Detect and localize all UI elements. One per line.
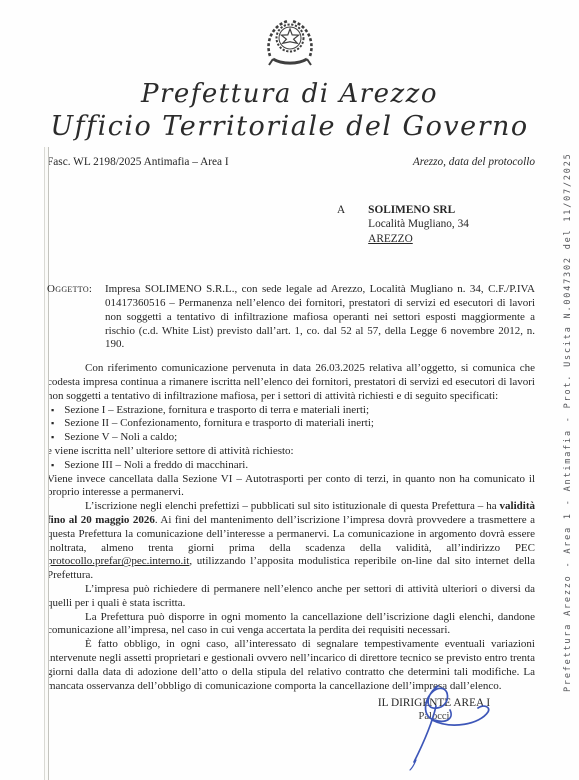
scanned-letter-page: Prefettura Arezzo - Area 1 - Antimafia -… [0, 0, 579, 780]
list-item: ▪ Sezione III – Noli a freddo di macchin… [47, 459, 535, 473]
paragraph: La Prefettura può disporre in ogni momen… [47, 611, 535, 639]
paragraph: e viene iscritta nell’ ulteriore settore… [47, 445, 535, 459]
list-item-text: Sezione II – Confezionamento, fornitura … [64, 417, 374, 431]
subject-block: Oggetto: Impresa SOLIMENO S.R.L., con se… [47, 283, 535, 352]
file-reference: Fasc. WL 2198/2025 Antimafia – Area I [47, 156, 229, 170]
bullet-icon: ▪ [51, 431, 54, 445]
recipient-address: SOLIMENO SRL Località Mugliano, 34 AREZZ… [368, 203, 469, 247]
paragraph: Viene invece cancellata dalla Sezione VI… [47, 473, 535, 501]
org-name-line2: Ufficio Territoriale del Governo [0, 111, 579, 142]
recipient-street: Località Mugliano, 34 [368, 217, 469, 232]
recipient-city: AREZZO [368, 232, 469, 247]
signer-role: IL DIRIGENTE AREA I [360, 697, 508, 710]
signature-block: IL DIRIGENTE AREA I Palocci [360, 697, 508, 723]
org-name-line1: Prefettura di Arezzo [0, 79, 579, 109]
letter-body: Con riferimento comunicazione pervenuta … [47, 362, 535, 693]
place-and-date: Arezzo, data del protocollo [413, 156, 535, 170]
recipient-to-label: A [337, 203, 345, 247]
paragraph: L’impresa può richiedere di permanere ne… [47, 583, 535, 611]
list-item-text: Sezione V – Noli a caldo; [64, 431, 177, 445]
handwritten-signature-icon [392, 680, 507, 777]
scan-fold-line [44, 147, 49, 780]
subject-text: Impresa SOLIMENO S.R.L., con sede legale… [105, 283, 535, 350]
pec-email-text: protocollo.prefar@pec.interno.it [47, 555, 189, 567]
bullet-icon: ▪ [51, 417, 54, 431]
italian-republic-emblem-icon [0, 16, 579, 73]
bullet-icon: ▪ [51, 404, 54, 418]
list-item: ▪ Sezione I – Estrazione, fornitura e tr… [47, 404, 535, 418]
paragraph-validity: L’iscrizione negli elenchi prefettizi – … [47, 500, 535, 583]
letter-content: Fasc. WL 2198/2025 Antimafia – Area I Ar… [47, 156, 535, 693]
paragraph: È fatto obbligo, in ogni caso, all’inter… [47, 638, 535, 693]
protocol-stamp-text: Prefettura Arezzo - Area 1 - Antimafia -… [563, 150, 573, 692]
paragraph-text: L’iscrizione negli elenchi prefettizi – … [85, 500, 500, 512]
recipient-name: SOLIMENO SRL [368, 203, 469, 218]
bullet-icon: ▪ [51, 459, 54, 473]
protocol-stamp: Prefettura Arezzo - Area 1 - Antimafia -… [563, 150, 576, 692]
list-item: ▪ Sezione II – Confezionamento, fornitur… [47, 417, 535, 431]
list-item: ▪ Sezione V – Noli a caldo; [47, 431, 535, 445]
list-item-text: Sezione I – Estrazione, fornitura e tras… [64, 404, 369, 418]
signer-name: Palocci [360, 710, 508, 723]
meta-row: Fasc. WL 2198/2025 Antimafia – Area I Ar… [47, 156, 535, 170]
letterhead: Prefettura di Arezzo Ufficio Territorial… [0, 16, 579, 142]
list-item-text: Sezione III – Noli a freddo di macchinar… [64, 459, 248, 473]
paragraph: Con riferimento comunicazione pervenuta … [47, 362, 535, 403]
subject-label: Oggetto: [47, 283, 92, 297]
recipient-block: A SOLIMENO SRL Località Mugliano, 34 ARE… [337, 203, 535, 247]
